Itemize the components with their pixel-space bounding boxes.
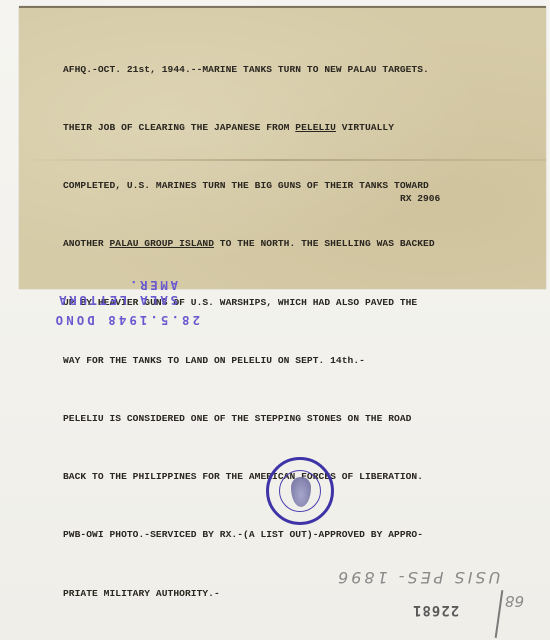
handwritten-page-number: 68 (505, 592, 524, 610)
circular-stamp (266, 457, 334, 525)
caption-line-1: AFHQ.-OCT. 21st, 1944.--MARINE TANKS TUR… (63, 60, 533, 79)
caption-line-3: COMPLETED, U.S. MARINES TURN THE BIG GUN… (63, 176, 533, 195)
handwritten-usis-reference: USIS PES- 1896 (335, 568, 500, 587)
caption-line-6: WAY FOR THE TANKS TO LAND ON PELELIU ON … (63, 351, 533, 370)
inventory-number-stamp: 22681 (412, 602, 459, 618)
caption-line-4: ANOTHER PALAU GROUP ISLAND TO THE NORTH.… (63, 234, 533, 253)
library-stamp-line-2: 28.5.1948 DONO (53, 313, 200, 328)
reference-number: RX 2906 (400, 193, 440, 204)
library-stamp: SALA LETTURA AMER. 28.5.1948 DONO (18, 288, 198, 328)
caption-line-7: PELELIU IS CONSIDERED ONE OF THE STEPPIN… (63, 409, 533, 428)
underlined-peleliu: PELELIU (295, 122, 336, 133)
underlined-palau-group-island: PALAU GROUP ISLAND (109, 238, 214, 249)
caption-line-9: PWB-OWI PHOTO.-SERVICED BY RX.-(A LIST O… (63, 525, 533, 544)
library-stamp-line-1: SALA LETTURA AMER. (18, 278, 178, 308)
caption-line-2: THEIR JOB OF CLEARING THE JAPANESE FROM … (63, 118, 533, 137)
